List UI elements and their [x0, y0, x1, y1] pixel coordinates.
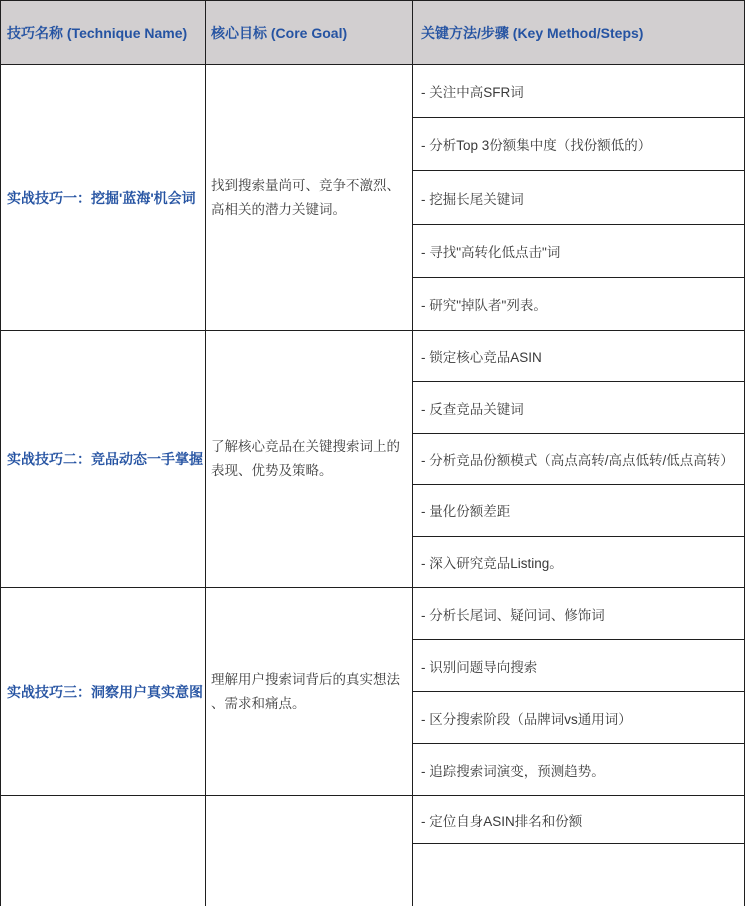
- step-item: - 分析长尾词、疑问词、修饰词: [413, 588, 744, 640]
- header-cell-technique-name: 技巧名称 (Technique Name): [1, 1, 206, 64]
- step-item: - 深入研究竞品Listing。: [413, 537, 744, 587]
- steps-cell: - 分析长尾词、疑问词、修饰词 - 识别问题导向搜索 - 区分搜索阶段（品牌词v…: [413, 588, 744, 795]
- step-item: - 寻找"高转化低点击"词: [413, 225, 744, 278]
- step-item: - 识别问题导向搜索: [413, 640, 744, 692]
- core-goal-text: 找到搜索量尚可、竞争不激烈、 高相关的潜力关键词。: [211, 174, 400, 222]
- technique-name: 实战技巧一：挖掘'蓝海'机会词: [7, 188, 196, 208]
- step-item: - 分析竞品份额模式（高点高转/高点低转/低点高转）: [413, 434, 744, 485]
- step-item: - 研究"掉队者"列表。: [413, 278, 744, 330]
- header-cell-core-goal: 核心目标 (Core Goal): [206, 1, 413, 64]
- technique-name-cell: 实战技巧三：洞察用户真实意图: [1, 588, 206, 795]
- technique-name-cell: 实战技巧一：挖掘'蓝海'机会词: [1, 65, 206, 330]
- core-goal-cell: 了解核心竞品在关键搜索词上的 表现、优势及策略。: [206, 331, 413, 587]
- header-cell-key-method-steps: 关键方法/步骤 (Key Method/Steps): [413, 1, 744, 64]
- step-item: - 区分搜索阶段（品牌词vs通用词）: [413, 692, 744, 744]
- step-item: [413, 844, 744, 852]
- technique-name: 实战技巧三：洞察用户真实意图: [7, 682, 203, 702]
- step-item: - 挖掘长尾关键词: [413, 171, 744, 224]
- core-goal-cell: 理解用户搜索词背后的真实想法 、需求和痛点。: [206, 588, 413, 795]
- step-item: - 定位自身ASIN排名和份额: [413, 796, 744, 844]
- core-goal-text: 了解核心竞品在关键搜索词上的 表现、优势及策略。: [211, 435, 400, 483]
- step-item: - 分析Top 3份额集中度（找份额低的）: [413, 118, 744, 171]
- step-item: - 追踪搜索词演变，预测趋势。: [413, 744, 744, 795]
- step-item: - 锁定核心竞品ASIN: [413, 331, 744, 382]
- core-goal-cell: 找到搜索量尚可、竞争不激烈、 高相关的潜力关键词。: [206, 65, 413, 330]
- steps-cell: - 锁定核心竞品ASIN - 反查竞品关键词 - 分析竞品份额模式（高点高转/高…: [413, 331, 744, 587]
- core-goal-cell: [206, 796, 413, 852]
- table-row-technique-2: 实战技巧二：竞品动态一手掌握 了解核心竞品在关键搜索词上的 表现、优势及策略。 …: [1, 331, 744, 588]
- table-row-technique-3: 实战技巧三：洞察用户真实意图 理解用户搜索词背后的真实想法 、需求和痛点。 - …: [1, 588, 744, 796]
- step-item: - 关注中高SFR词: [413, 65, 744, 118]
- technique-name-cell: [1, 796, 206, 852]
- table-header-row: 技巧名称 (Technique Name) 核心目标 (Core Goal) 关…: [1, 1, 744, 65]
- table-row-technique-4: - 定位自身ASIN排名和份额: [1, 796, 744, 852]
- core-goal-text: 理解用户搜索词背后的真实想法 、需求和痛点。: [211, 668, 400, 716]
- table-row-technique-1: 实战技巧一：挖掘'蓝海'机会词 找到搜索量尚可、竞争不激烈、 高相关的潜力关键词…: [1, 65, 744, 331]
- technique-name: 实战技巧二：竞品动态一手掌握: [7, 449, 203, 469]
- technique-table: 技巧名称 (Technique Name) 核心目标 (Core Goal) 关…: [0, 0, 745, 852]
- steps-cell: - 关注中高SFR词 - 分析Top 3份额集中度（找份额低的） - 挖掘长尾关…: [413, 65, 744, 330]
- step-item: - 反查竞品关键词: [413, 382, 744, 433]
- step-item: - 量化份额差距: [413, 485, 744, 536]
- technique-name-cell: 实战技巧二：竞品动态一手掌握: [1, 331, 206, 587]
- steps-cell: - 定位自身ASIN排名和份额: [413, 796, 744, 852]
